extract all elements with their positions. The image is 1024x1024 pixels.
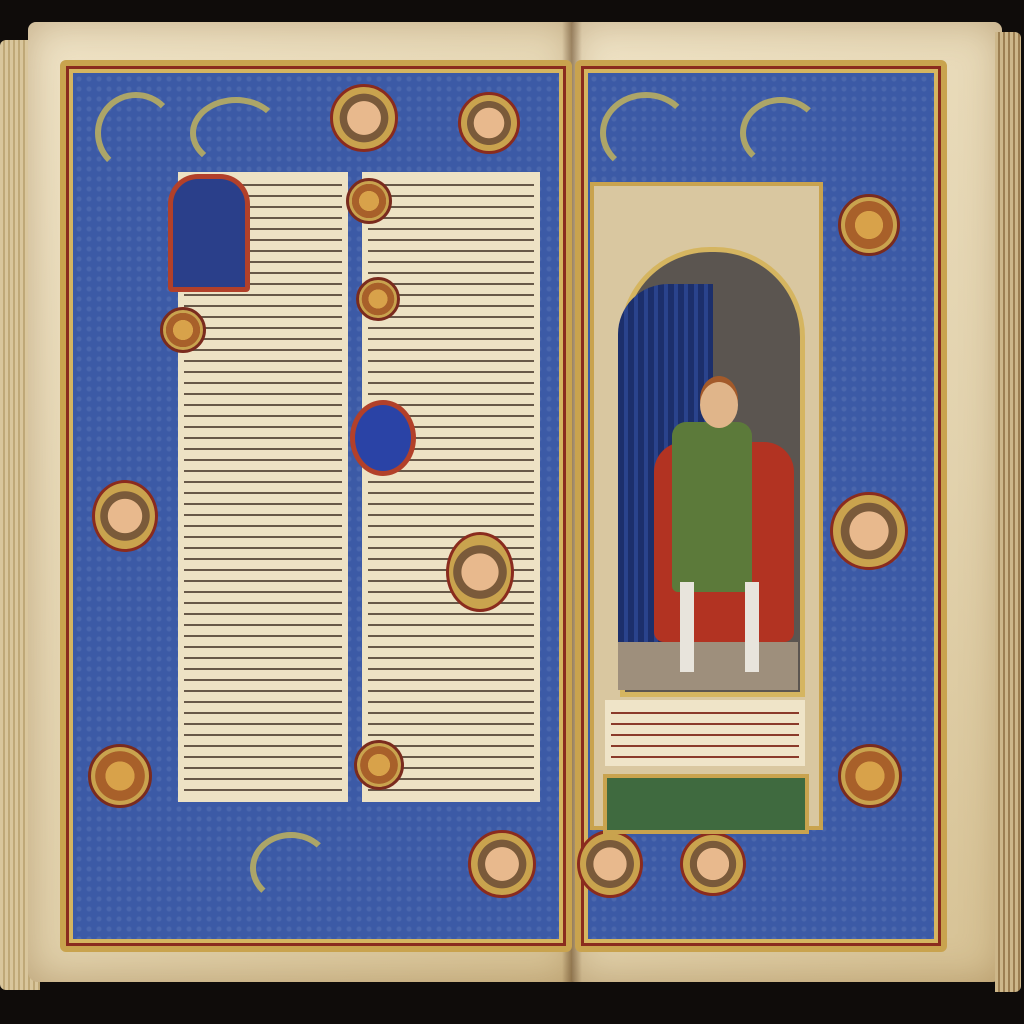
vine-scroll — [740, 97, 822, 169]
open-manuscript — [0, 22, 1024, 1002]
portrait-medallion — [577, 830, 643, 898]
figure-head — [700, 382, 738, 428]
figure-leg — [745, 582, 759, 672]
portrait-medallion — [468, 830, 536, 898]
vine-scroll — [600, 92, 692, 174]
initial-roundel — [354, 740, 404, 790]
page-edges-right — [995, 32, 1021, 992]
ornamental-foliate-panel — [603, 774, 809, 834]
green-tunic-figure — [672, 422, 752, 592]
portrait-medallion — [680, 832, 746, 896]
vine-scroll — [95, 92, 177, 174]
initial-roundel — [356, 277, 400, 321]
text-column-right — [362, 172, 540, 802]
portrait-medallion — [92, 480, 158, 552]
portrait-medallion — [830, 492, 908, 570]
figure-leg — [680, 582, 694, 672]
floor — [618, 642, 798, 690]
vine-scroll — [250, 832, 332, 904]
gold-roundel — [88, 744, 152, 808]
initial-roundel — [160, 307, 206, 353]
gold-roundel — [838, 194, 900, 256]
miniature-caption-text — [605, 700, 805, 766]
gold-roundel — [838, 744, 902, 808]
initial-roundel — [346, 178, 392, 224]
portrait-medallion — [446, 532, 514, 612]
vine-scroll — [190, 97, 282, 169]
initial-medallion — [350, 400, 416, 476]
portrait-medallion — [330, 84, 398, 152]
historiated-initial-portrait — [168, 174, 250, 292]
portrait-medallion — [458, 92, 520, 154]
